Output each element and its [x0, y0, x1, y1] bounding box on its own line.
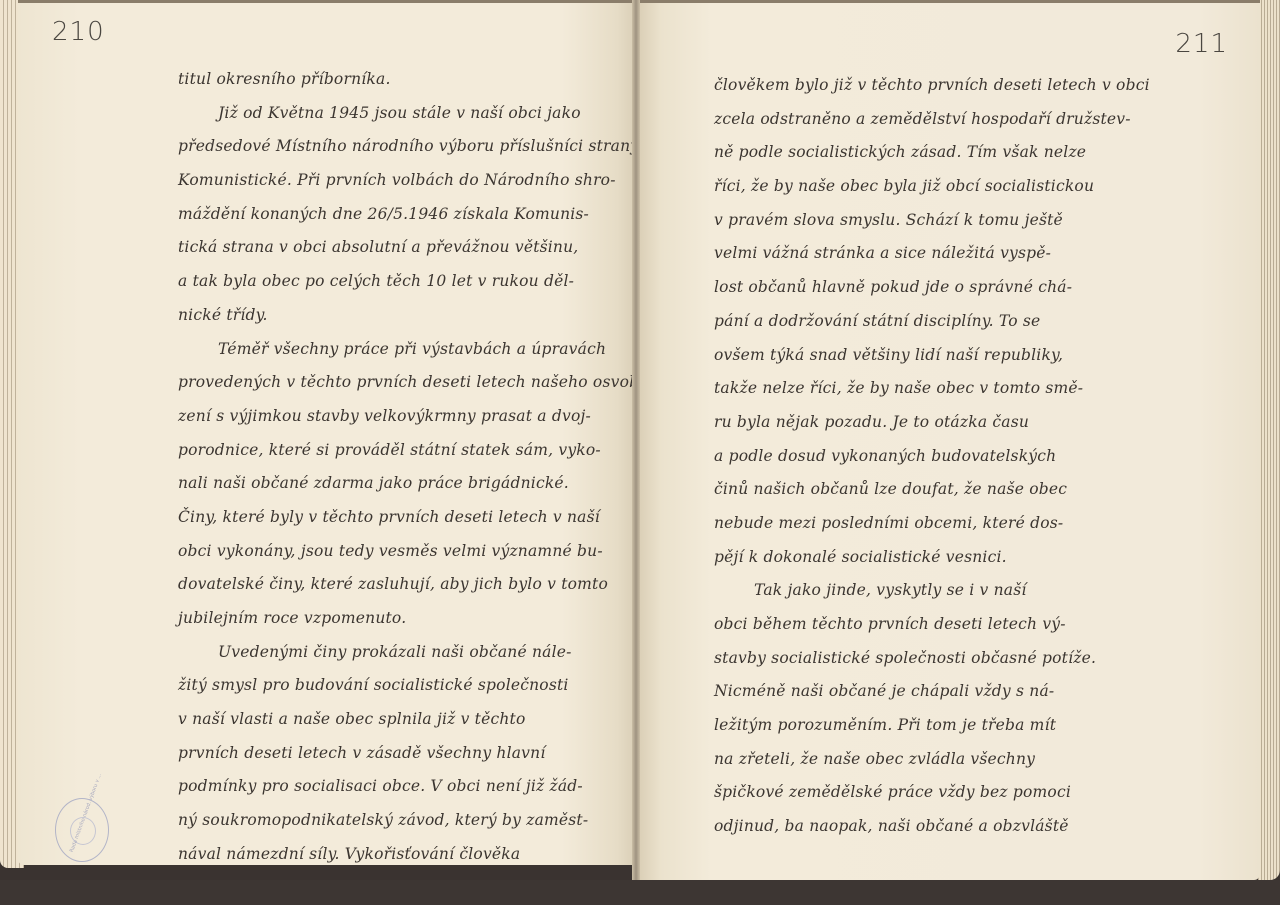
handwritten-line: ovšem týká snad většiny lidí naší republ… [714, 339, 1134, 373]
page-number-right: 211 [1175, 29, 1228, 59]
handwritten-line: činů našich občanů lze doufat, že naše o… [714, 473, 1134, 507]
handwritten-line: ležitým porozuměním. Při tom je třeba mí… [714, 709, 1134, 743]
handwritten-line: pějí k dokonalé socialistické vesnici. [714, 541, 1134, 575]
handwritten-line: nebude mezi posledními obcemi, které dos… [714, 507, 1134, 541]
left-page: 210 titul okresního příborníka.Již od Kv… [18, 0, 636, 865]
handwritten-line: tická strana v obci absolutní a převážno… [178, 231, 618, 265]
handwritten-line: odjinud, ba naopak, naši občané a obzvlá… [714, 810, 1134, 844]
handwritten-line: dovatelské činy, které zasluhují, aby ji… [178, 568, 618, 602]
handwritten-line: zení s výjimkou stavby velkovýkrmny pras… [178, 400, 618, 434]
page-number-left: 210 [52, 17, 105, 47]
handwritten-line: Téměř všechny práce při výstavbách a úpr… [178, 333, 618, 367]
handwritten-line: stavby socialistické společnosti občasné… [714, 642, 1134, 676]
handwritten-line: Uvedenými činy prokázali naši občané nál… [178, 636, 618, 670]
handwritten-line: lost občanů hlavně pokud jde o správné c… [714, 271, 1134, 305]
handwritten-line: předsedové Místního národního výboru pří… [178, 130, 618, 164]
handwritten-line: a tak byla obec po celých těch 10 let v … [178, 265, 618, 299]
handwritten-line: velmi vážná stránka a sice náležitá vysp… [714, 237, 1134, 271]
handwritten-line: prvních deseti letech v zásadě všechny h… [178, 737, 618, 771]
handwritten-line: jubilejním roce vzpomenuto. [178, 602, 618, 636]
handwritten-line: Činy, které byly v těchto prvních deseti… [178, 501, 618, 535]
handwritten-line: a podle dosud vykonaných budovatelských [714, 440, 1134, 474]
handwritten-line: v pravém slova smyslu. Schází k tomu ješ… [714, 204, 1134, 238]
handwritten-line: podmínky pro socialisaci obce. V obci ne… [178, 770, 618, 804]
right-page-stack-edges [1258, 0, 1280, 880]
handwritten-line: obci během těchto prvních deseti letech … [714, 608, 1134, 642]
book-spread: 210 titul okresního příborníka.Již od Kv… [0, 0, 1280, 895]
handwritten-line: žitý smysl pro budování socialistické sp… [178, 669, 618, 703]
handwritten-line: porodnice, které si prováděl státní stat… [178, 434, 618, 468]
handwritten-line: zcela odstraněno a zemědělství hospodaří… [714, 103, 1134, 137]
handwritten-line: člověkem bylo již v těchto prvních deset… [714, 69, 1134, 103]
handwritten-line: říci, že by naše obec byla již obcí soci… [714, 170, 1134, 204]
handwritten-line: ně podle socialistických zásad. Tím však… [714, 136, 1134, 170]
handwritten-line: nával námezdní síly. Vykořisťování člově… [178, 838, 618, 872]
handwritten-line: Komunistické. Při prvních volbách do Nár… [178, 164, 618, 198]
handwritten-line: provedených v těchto prvních deseti lete… [178, 366, 618, 400]
oval-stamp-icon: Rada místního národ. výboru v ... [55, 798, 109, 862]
handwritten-line: pání a dodržování státní disciplíny. To … [714, 305, 1134, 339]
handwritten-line: obci vykonány, jsou tedy vesměs velmi vý… [178, 535, 618, 569]
scan-background [0, 880, 1280, 905]
handwritten-line: Tak jako jinde, vyskytly se i v naší [714, 574, 1134, 608]
handwritten-line: ný soukromopodnikatelský závod, který by… [178, 804, 618, 838]
handwritten-line: máždění konaných dne 26/5.1946 získala K… [178, 198, 618, 232]
right-page-text: člověkem bylo již v těchto prvních deset… [714, 69, 1134, 844]
left-page-text: titul okresního příborníka.Již od Května… [178, 63, 618, 872]
handwritten-line: takže nelze říci, že by naše obec v tomt… [714, 372, 1134, 406]
handwritten-line: ru byla nějak pozadu. Je to otázka času [714, 406, 1134, 440]
right-page: 211 člověkem bylo již v těchto prvních d… [636, 0, 1260, 880]
handwritten-line: špičkové zemědělské práce vždy bez pomoc… [714, 776, 1134, 810]
handwritten-line: Nicméně naši občané je chápali vždy s ná… [714, 675, 1134, 709]
handwritten-line: na zřeteli, že naše obec zvládla všechny [714, 743, 1134, 777]
handwritten-line: nali naši občané zdarma jako práce brigá… [178, 467, 618, 501]
handwritten-line: Již od Května 1945 jsou stále v naší obc… [178, 97, 618, 131]
handwritten-line: titul okresního příborníka. [178, 63, 618, 97]
book-gutter [632, 0, 640, 880]
handwritten-line: v naší vlasti a naše obec splnila již v … [178, 703, 618, 737]
handwritten-line: nické třídy. [178, 299, 618, 333]
